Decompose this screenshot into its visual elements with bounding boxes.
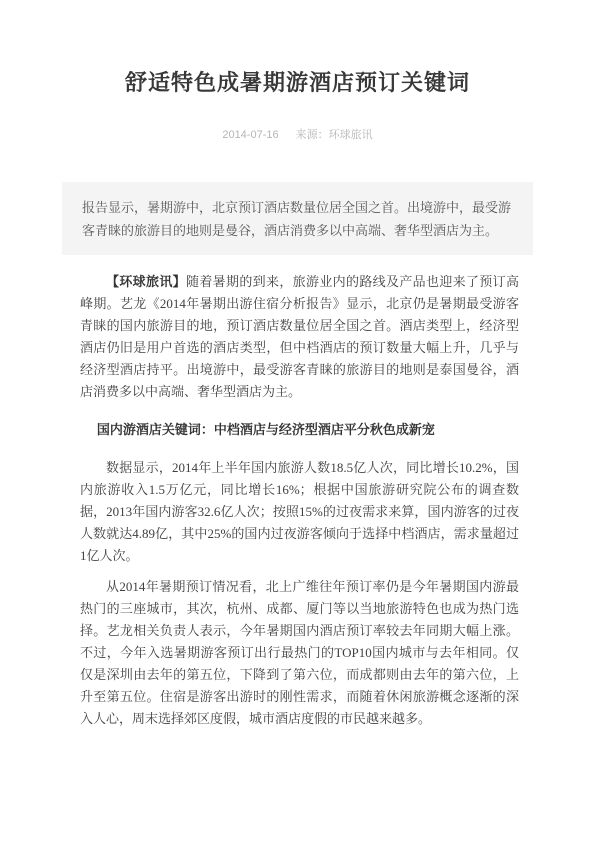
article-container: 舒适特色成暑期游酒店预订关键词 2014-07-16 来源：环球旅讯 报告显示，…	[62, 0, 533, 730]
page-title: 舒适特色成暑期游酒店预订关键词	[62, 68, 533, 98]
article-body: 【环球旅讯】随着暑期的到来，旅游业内的路线及产品也迎来了预订高峰期。艺龙《201…	[62, 271, 533, 730]
paragraph-3: 从2014年暑期预订情况看，北上广维往年预订率仍是今年暑期国内游最热门的三座城市…	[80, 576, 519, 730]
paragraph-2: 数据显示，2014年上半年国内旅游人数18.5亿人次，同比增长10.2%，国内旅…	[80, 457, 519, 567]
summary-box: 报告显示，暑期游中，北京预订酒店数量位居全国之首。出境游中，最受游客青睐的旅游目…	[62, 182, 533, 255]
document-page: { "page": { "title": "舒适特色成暑期游酒店预订关键词", …	[0, 0, 595, 842]
paragraph-1: 【环球旅讯】随着暑期的到来，旅游业内的路线及产品也迎来了预订高峰期。艺龙《201…	[80, 271, 519, 403]
paragraph-1-lead: 【环球旅讯】	[106, 274, 186, 289]
article-meta: 2014-07-16 来源：环球旅讯	[62, 126, 533, 142]
paragraph-1-text: 随着暑期的到来，旅游业内的路线及产品也迎来了预订高峰期。艺龙《2014年暑期出游…	[80, 274, 519, 399]
summary-text: 报告显示，暑期游中，北京预订酒店数量位居全国之首。出境游中，最受游客青睐的旅游目…	[82, 200, 511, 238]
section-heading-domestic-hotels: 国内游酒店关键词：中档酒店与经济型酒店平分秋色成新宠	[80, 419, 519, 441]
source-label: 来源：环球旅讯	[296, 129, 373, 141]
publish-date: 2014-07-16	[222, 129, 278, 141]
